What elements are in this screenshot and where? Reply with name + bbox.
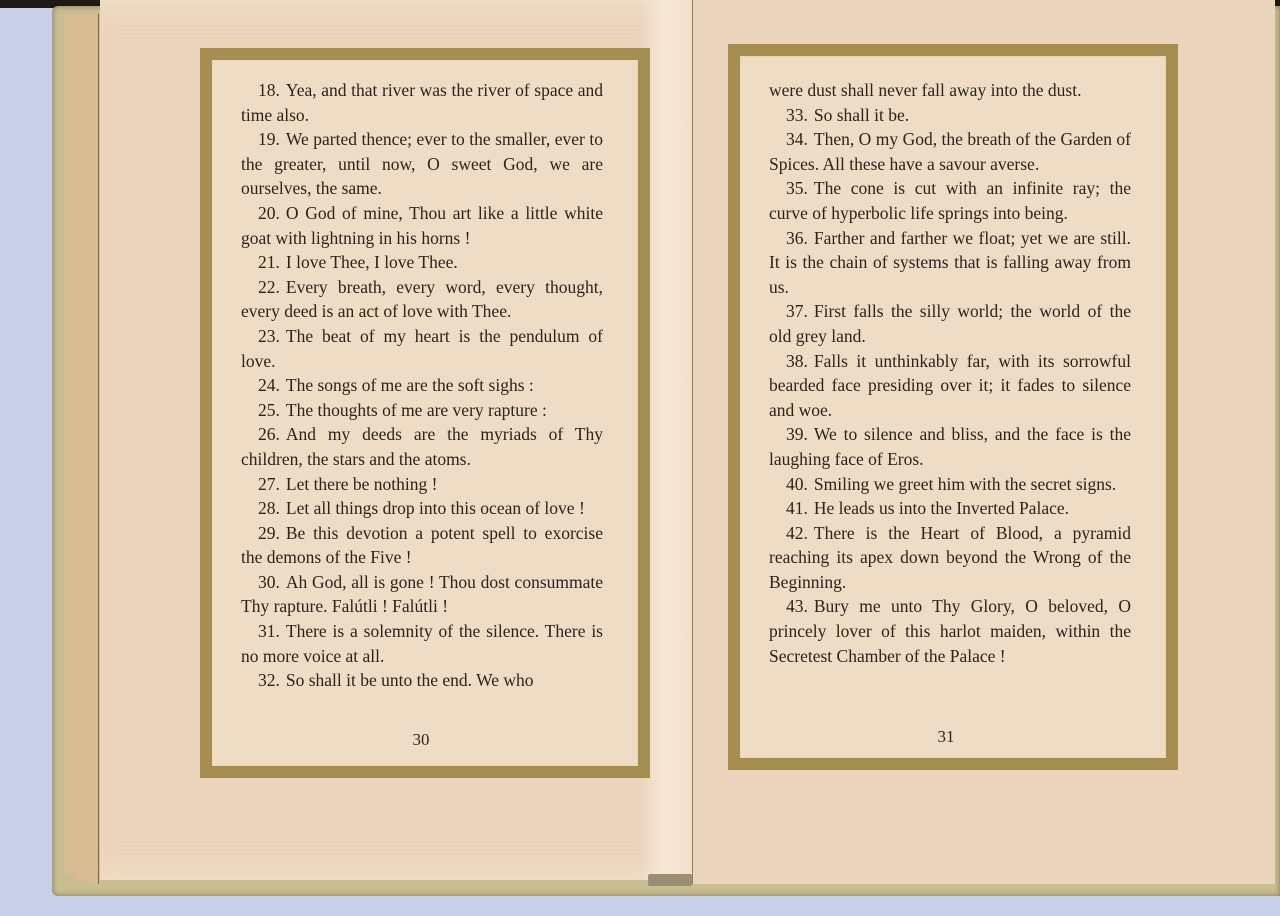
- verse: 26.And my deeds are the myriads of Thy c…: [241, 422, 603, 471]
- verse-text: The cone is cut with an infinite ray; th…: [769, 178, 1131, 223]
- verse-text: And my deeds are the myriads of Thy chil…: [241, 424, 603, 469]
- verse: 36.Farther and farther we float; yet we …: [769, 226, 1131, 300]
- verse-text: We parted thence; ever to the smaller, e…: [241, 129, 603, 198]
- verse-text: O God of mine, Thou art like a little wh…: [241, 203, 603, 248]
- verse-text: So shall it be.: [814, 105, 909, 125]
- verse-number: 38.: [769, 351, 808, 371]
- verse: 27.Let there be nothing !: [241, 472, 603, 497]
- page-number-right: 31: [916, 727, 976, 747]
- verse-number: 37.: [769, 301, 808, 321]
- verse: 22.Every breath, every word, every thoug…: [241, 275, 603, 324]
- verse: 25.The thoughts of me are very rapture :: [241, 398, 603, 423]
- verse-text: The songs of me are the soft sighs :: [286, 375, 534, 395]
- verse-text: Yea, and that river was the river of spa…: [241, 80, 603, 125]
- verse-number: 42.: [769, 523, 808, 543]
- verse: 39.We to silence and bliss, and the face…: [769, 422, 1131, 471]
- verse: 34.Then, O my God, the breath of the Gar…: [769, 127, 1131, 176]
- verse-number: 43.: [769, 596, 808, 616]
- verse: 35.The cone is cut with an infinite ray;…: [769, 176, 1131, 225]
- verse: 41.He leads us into the Inverted Palace.: [769, 496, 1131, 521]
- verse: 37.First falls the silly world; the worl…: [769, 299, 1131, 348]
- verse-text: So shall it be unto the end. We who: [286, 670, 534, 690]
- left-page-text: 18.Yea, and that river was the river of …: [241, 78, 603, 693]
- verse-text: Bury me unto Thy Glory, O beloved, O pri…: [769, 596, 1131, 665]
- verse-text: Smiling we greet him with the secret sig…: [814, 474, 1116, 494]
- verse-number: 21.: [241, 252, 280, 272]
- verse-number: 41.: [769, 498, 808, 518]
- page-number-left: 30: [391, 730, 451, 750]
- verse: 31.There is a solemnity of the silence. …: [241, 619, 603, 668]
- verse-text: We to silence and bliss, and the face is…: [769, 424, 1131, 469]
- verse-number: 25.: [241, 400, 280, 420]
- verse-text: First falls the silly world; the world o…: [769, 301, 1131, 346]
- verse-number: 18.: [241, 80, 280, 100]
- verse-text: Be this devotion a potent spell to exorc…: [241, 523, 603, 568]
- continued-verse-text: were dust shall never fall away into the…: [769, 78, 1131, 103]
- verse-text: Let there be nothing !: [286, 474, 438, 494]
- verse-number: 31.: [241, 621, 280, 641]
- verse: 42.There is the Heart of Blood, a pyrami…: [769, 521, 1131, 595]
- verse: 32.So shall it be unto the end. We who: [241, 668, 603, 693]
- verse-text: Falls it unthinkably far, with its sorro…: [769, 351, 1131, 420]
- verse-text: He leads us into the Inverted Palace.: [814, 498, 1069, 518]
- verse-number: 22.: [241, 277, 280, 297]
- verse-text: Ah God, all is gone ! Thou dost consumma…: [241, 572, 603, 617]
- verse-number: 26.: [241, 424, 280, 444]
- page-stack-edge: [84, 14, 99, 884]
- verse-number: 39.: [769, 424, 808, 444]
- book-spine-binding: [648, 874, 692, 886]
- verse: 29.Be this devotion a potent spell to ex…: [241, 521, 603, 570]
- verse-text: The beat of my heart is the pendulum of …: [241, 326, 603, 371]
- verse: 20.O God of mine, Thou art like a little…: [241, 201, 603, 250]
- verse-text: I love Thee, I love Thee.: [286, 252, 458, 272]
- verse-number: 40.: [769, 474, 808, 494]
- verse: 30.Ah God, all is gone ! Thou dost consu…: [241, 570, 603, 619]
- verse-number: 34.: [769, 129, 808, 149]
- verse-number: 30.: [241, 572, 280, 592]
- verse: 38.Falls it unthinkably far, with its so…: [769, 349, 1131, 423]
- verse-number: 24.: [241, 375, 280, 395]
- verse-number: 33.: [769, 105, 808, 125]
- verse-text: Every breath, every word, every thought,…: [241, 277, 603, 322]
- verse-number: 23.: [241, 326, 280, 346]
- verse-number: 19.: [241, 129, 280, 149]
- verse-text: Let all things drop into this ocean of l…: [286, 498, 585, 518]
- verse: 18.Yea, and that river was the river of …: [241, 78, 603, 127]
- verse: 40.Smiling we greet him with the secret …: [769, 472, 1131, 497]
- verse-text: The thoughts of me are very rapture :: [286, 400, 547, 420]
- verse-text: Farther and farther we float; yet we are…: [769, 228, 1131, 297]
- verse: 43.Bury me unto Thy Glory, O beloved, O …: [769, 594, 1131, 668]
- verse-number: 36.: [769, 228, 808, 248]
- verse: 28.Let all things drop into this ocean o…: [241, 496, 603, 521]
- verse: 24.The songs of me are the soft sighs :: [241, 373, 603, 398]
- verse: 19.We parted thence; ever to the smaller…: [241, 127, 603, 201]
- verse-number: 29.: [241, 523, 280, 543]
- verse: 21.I love Thee, I love Thee.: [241, 250, 603, 275]
- right-page-text: were dust shall never fall away into the…: [769, 78, 1131, 668]
- verse-number: 35.: [769, 178, 808, 198]
- verse: 23.The beat of my heart is the pendulum …: [241, 324, 603, 373]
- verse-number: 20.: [241, 203, 280, 223]
- verse-text: Then, O my God, the breath of the Garden…: [769, 129, 1131, 174]
- verse-text: There is the Heart of Blood, a pyramid r…: [769, 523, 1131, 592]
- verse-text: There is a solemnity of the silence. The…: [241, 621, 603, 666]
- verse-number: 27.: [241, 474, 280, 494]
- verse: 33.So shall it be.: [769, 103, 1131, 128]
- verse-number: 32.: [241, 670, 280, 690]
- verse-number: 28.: [241, 498, 280, 518]
